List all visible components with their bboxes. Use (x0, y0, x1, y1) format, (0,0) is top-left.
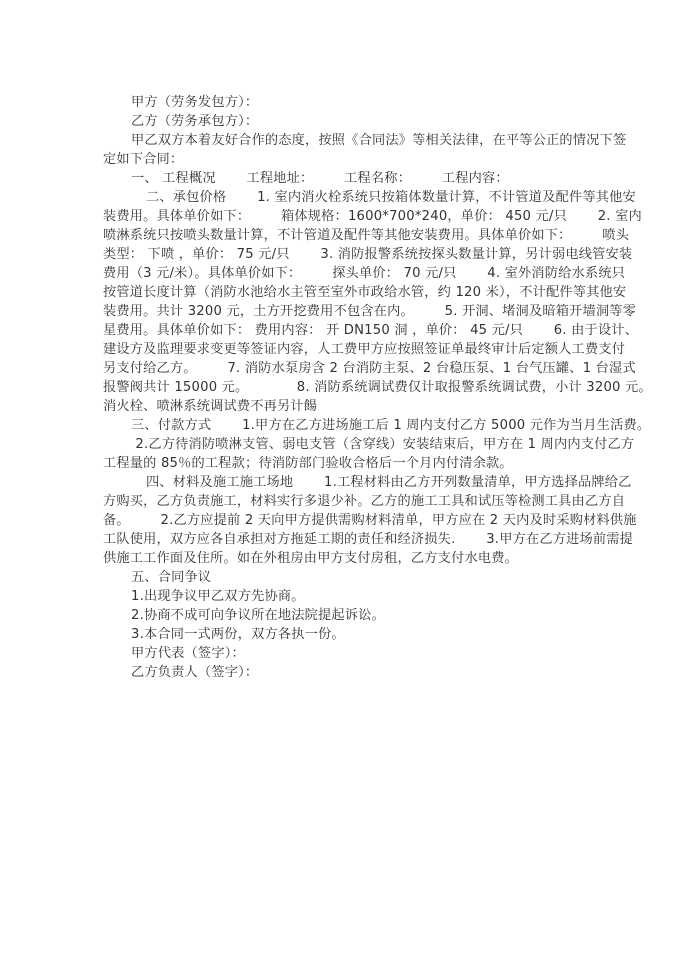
section-4-line: 方购买，乙方负责施工，材料实行多退少补。乙方的施工工具和试压等检测工具由乙方自 (103, 492, 625, 511)
section-2-line: 类型： 下喷 ，单价： 75 元/只 3. 消防报警系统按探头数量计算，另计弱电… (103, 245, 632, 264)
section-5-heading: 五、合同争议 (131, 568, 211, 587)
party-a-line: 甲方（劳务发包方）： (131, 93, 258, 112)
section-2-line: 另支付给乙方。 7. 消防水泵房含 2 台消防主泵、2 台稳压泵、1 台气压罐、… (103, 359, 636, 378)
section-2-line: 装费用。共计 3200 元，土方开挖费用不包含在内。 5. 开洞、堵洞及暗箱开墙… (103, 302, 636, 321)
section-3-line: 工程量的 85％的工程款；待消防部门验收合格后一个月内付清余款。 (103, 454, 513, 473)
party-b-signature: 乙方负责人（签字）： (131, 663, 258, 682)
party-b-line: 乙方（劳务承包方）： (131, 112, 258, 131)
section-3-line: 2.乙方待消防喷淋支管、弱电支管（含穿线）安装结束后，甲方在 1 周内内支付乙方 (131, 435, 634, 454)
section-4-line: 供施工工作面及住所。如在外租房由甲方支付房租，乙方支付水电费。 (103, 549, 518, 568)
section-5-item-2: 2.协商不成可向争议所在地法院提起诉讼。 (131, 606, 385, 625)
section-4-line: 工队使用，双方应各自承担对方拖延工期的责任和经济损失. 3.甲方在乙方进场前需提 (103, 530, 633, 549)
section-2-line: 费用（3 元/米）。具体单价如下： 探头单价： 70 元/只 4. 室外消防给水… (103, 264, 625, 283)
section-2-line: 按管道长度计算（消防水池给水主管至室外市政给水管，约 120 米），不计配件等其… (103, 283, 626, 302)
section-3-heading: 三、付款方式 1.甲方在乙方进场施工后 1 周内支付乙方 5000 元作为当月生… (131, 416, 650, 435)
document-page: 甲方（劳务发包方）： 乙方（劳务承包方）： 甲乙双方本着友好合作的态度，按照《合… (0, 0, 690, 976)
party-a-signature: 甲方代表（签字）： (131, 644, 245, 663)
section-4-heading: 四、材料及施工施工场地 1.工程材料由乙方开列数量清单，甲方选择品牌给乙 (146, 473, 632, 492)
section-2-heading: 二、承包价格 1. 室内消火栓系统只按箱体数量计算，不计管道及配件等其他安 (146, 188, 636, 207)
preamble-line-1: 甲乙双方本着友好合作的态度，按照《合同法》等相关法律，在平等公正的情况下签 (131, 131, 626, 150)
section-2-line: 建设方及监理要求变更等签证内容，人工费甲方应按照签证单最终审计后定额人工费支付 (103, 340, 625, 359)
section-5-item-1: 1.出现争议甲乙双方先协商。 (131, 587, 305, 606)
section-1-overview: 一、 工程概况 工程地址： 工程名称： 工程内容： (131, 169, 509, 188)
section-2-line: 星费用。具体单价如下： 费用内容： 开 DN150 洞 ，单价： 45 元/只 … (103, 321, 638, 340)
section-2-line: 喷淋系统只按喷头数量计算，不计管道及配件等其他安装费用。具体单价如下： 喷头 (103, 226, 629, 245)
section-2-line: 消火栓、喷淋系统调试费不再另计餳 (103, 397, 317, 416)
section-5-item-3: 3.本合同一式两份，双方各执一份。 (131, 625, 345, 644)
section-2-line: 报警阀共计 15000 元。 8. 消防系统调试费仅计取报警系统调试费，小计 3… (103, 378, 652, 397)
section-4-line: 备。 2.乙方应提前 2 天向甲方提供需购材料清单，甲方应在 2 天内及时采购材… (103, 511, 637, 530)
preamble-line-2: 定如下合同： (103, 150, 183, 169)
section-2-line: 装费用。具体单价如下： 箱体规格：1600*700*240，单价： 450 元/… (103, 207, 642, 226)
